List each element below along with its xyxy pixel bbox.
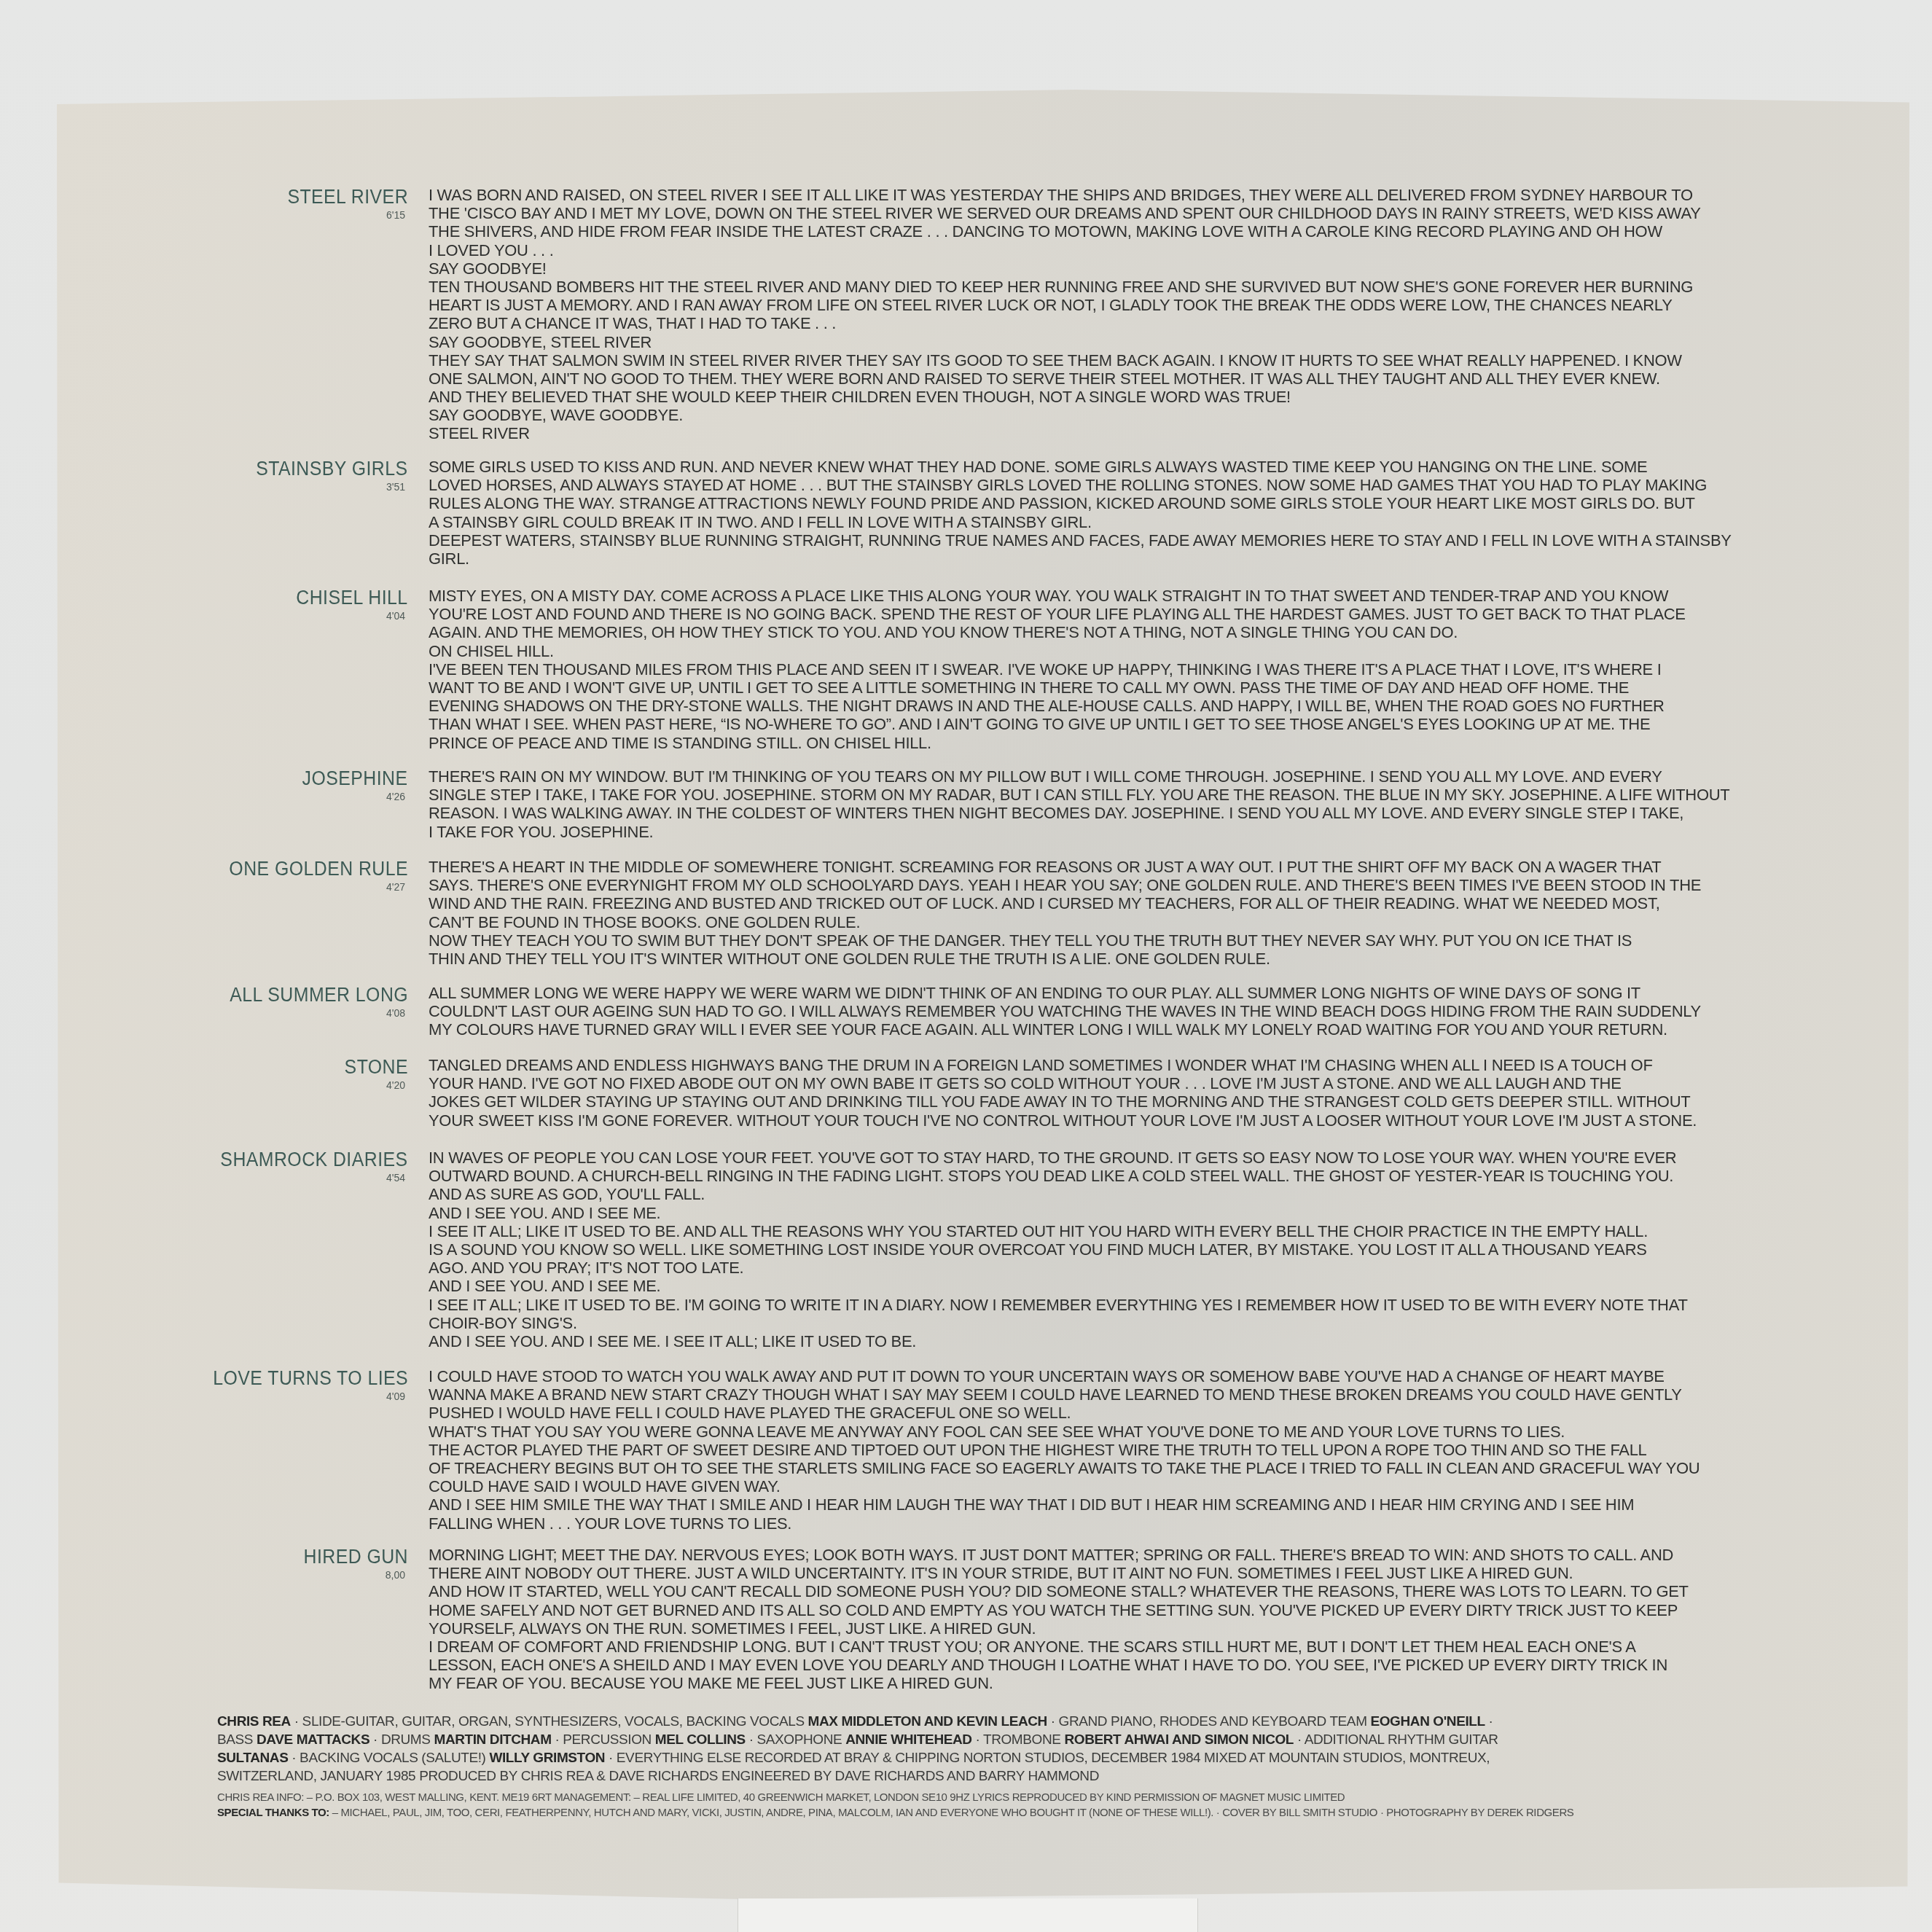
credit-role: · SAXOPHONE	[746, 1732, 845, 1748]
lyric-line: GIRL.	[429, 550, 1753, 568]
lyric-line: THERE'S A HEART IN THE MIDDLE OF SOMEWHE…	[429, 858, 1753, 876]
lyric-line: OF TREACHERY BEGINS BUT OH TO SEE THE ST…	[429, 1459, 1753, 1477]
lyric-line: JOKES GET WILDER STAYING UP STAYING OUT …	[429, 1092, 1753, 1111]
lyric-line: WANT TO BE AND I WON'T GIVE UP, UNTIL I …	[429, 678, 1753, 697]
credit-role: · GRAND PIANO, RHODES AND KEYBOARD TEAM	[1047, 1714, 1371, 1729]
lyric-line: OUTWARD BOUND. A CHURCH-BELL RINGING IN …	[429, 1167, 1753, 1185]
lyric-line: I LOVED YOU . . .	[429, 241, 1753, 259]
credits-line: BASS DAVE MATTACKS · DRUMS MARTIN DITCHA…	[217, 1731, 1755, 1749]
song-lyrics: TANGLED DREAMS AND ENDLESS HIGHWAYS BANG…	[429, 1056, 1755, 1130]
song-duration: 4'08	[386, 1007, 405, 1019]
song-duration: 4'26	[386, 791, 405, 802]
lyric-line: DEEPEST WATERS, STAINSBY BLUE RUNNING ST…	[429, 531, 1753, 550]
lyric-line: THE SHIVERS, AND HIDE FROM FEAR INSIDE T…	[429, 222, 1753, 240]
lyric-line: AGAIN. AND THE MEMORIES, OH HOW THEY STI…	[429, 623, 1753, 641]
song-duration: 3'51	[386, 481, 405, 493]
song-lyrics: THERE'S RAIN ON MY WINDOW. BUT I'M THINK…	[429, 767, 1755, 841]
lyric-line: SAYS. THERE'S ONE EVERYNIGHT FROM MY OLD…	[429, 876, 1753, 894]
lyric-line: I COULD HAVE STOOD TO WATCH YOU WALK AWA…	[429, 1367, 1753, 1385]
credits-info-line: CHRIS REA INFO: – P.O. BOX 103, WEST MAL…	[217, 1790, 1755, 1805]
lyric-line: HOME SAFELY AND NOT GET BURNED AND ITS A…	[429, 1601, 1753, 1619]
song-lyrics: MORNING LIGHT; MEET THE DAY. NERVOUS EYE…	[429, 1546, 1755, 1693]
song-duration: 4'09	[386, 1391, 405, 1402]
credits-thanks: SPECIAL THANKS TO: – MICHAEL, PAUL, JIM,…	[217, 1805, 1755, 1820]
lyric-line: AGO. AND YOU PRAY; IT'S NOT TOO LATE.	[429, 1259, 1753, 1277]
lyric-line: YOU'RE LOST AND FOUND AND THERE IS NO GO…	[429, 605, 1753, 623]
song-duration: 6'15	[386, 209, 405, 221]
lyric-line: CAN'T BE FOUND IN THOSE BOOKS. ONE GOLDE…	[429, 913, 1753, 931]
lyric-line: PRINCE OF PEACE AND TIME IS STANDING STI…	[429, 734, 1753, 752]
credit-name: MEL COLLINS	[655, 1732, 746, 1748]
lyric-line: EVENING SHADOWS ON THE DRY-STONE WALLS. …	[429, 697, 1753, 715]
song-title: STAINSBY GIRLS	[257, 458, 408, 480]
song-duration: 4'27	[386, 881, 405, 893]
lyric-line: LOVED HORSES, AND ALWAYS STAYED AT HOME …	[429, 476, 1753, 494]
credit-role: · EVERYTHING ELSE RECORDED AT BRAY & CHI…	[605, 1751, 1490, 1766]
lyric-line: AND THEY BELIEVED THAT SHE WOULD KEEP TH…	[429, 388, 1753, 406]
lyric-line: AND I SEE YOU. AND I SEE ME.	[429, 1277, 1753, 1295]
credit-name: ROBERT AHWAI AND SIMON NICOL	[1064, 1732, 1294, 1748]
credit-name: MAX MIDDLETON AND KEVIN LEACH	[808, 1714, 1047, 1729]
song-title: STEEL RIVER	[287, 186, 408, 208]
lyric-line: THE ACTOR PLAYED THE PART OF SWEET DESIR…	[429, 1441, 1753, 1459]
lyric-line: IN WAVES OF PEOPLE YOU CAN LOSE YOUR FEE…	[429, 1149, 1753, 1167]
credits-line: SWITZERLAND, JANUARY 1985 PRODUCED BY CH…	[217, 1767, 1755, 1786]
credit-role: · TROMBONE	[972, 1732, 1065, 1748]
credit-role: · DRUMS	[369, 1732, 434, 1748]
lyric-line: TANGLED DREAMS AND ENDLESS HIGHWAYS BANG…	[429, 1056, 1753, 1074]
lyric-line: PUSHED I WOULD HAVE FELL I COULD HAVE PL…	[429, 1404, 1753, 1422]
lyric-line: I WAS BORN AND RAISED, ON STEEL RIVER I …	[429, 186, 1753, 204]
lyric-line: WANNA MAKE A BRAND NEW START CRAZY THOUG…	[429, 1385, 1753, 1404]
song-title: CHISEL HILL	[297, 587, 408, 609]
song-title: HIRED GUN	[303, 1546, 408, 1568]
lyric-line: AND I SEE YOU. AND I SEE ME. I SEE IT AL…	[429, 1332, 1753, 1350]
credits-musicians: CHRIS REA · SLIDE-GUITAR, GUITAR, ORGAN,…	[217, 1713, 1755, 1786]
lyric-line: AND AS SURE AS GOD, YOU'LL FALL.	[429, 1185, 1753, 1203]
credit-role: · PERCUSSION	[552, 1732, 655, 1748]
song-duration: 8,00	[386, 1569, 405, 1581]
lyric-line: WHAT'S THAT YOU SAY YOU WERE GONNA LEAVE…	[429, 1423, 1753, 1441]
lyric-line: SOME GIRLS USED TO KISS AND RUN. AND NEV…	[429, 458, 1753, 476]
lyric-line: TEN THOUSAND BOMBERS HIT THE STEEL RIVER…	[429, 278, 1753, 296]
lyric-line: ONE SALMON, AIN'T NO GOOD TO THEM. THEY …	[429, 369, 1753, 388]
lyric-line: SAY GOODBYE, WAVE GOODBYE.	[429, 406, 1753, 424]
lyric-line: FALLING WHEN . . . YOUR LOVE TURNS TO LI…	[429, 1514, 1753, 1533]
lyric-line: COULD HAVE SAID I WOULD HAVE GIVEN WAY.	[429, 1477, 1753, 1495]
song-title: LOVE TURNS TO LIES	[213, 1367, 408, 1390]
song-duration: 4'04	[386, 610, 405, 622]
lyric-line: AND I SEE YOU. AND I SEE ME.	[429, 1204, 1753, 1222]
lyric-line: MISTY EYES, ON A MISTY DAY. COME ACROSS …	[429, 587, 1753, 605]
lyric-line: HEART IS JUST A MEMORY. AND I RAN AWAY F…	[429, 296, 1753, 314]
lyric-line: SINGLE STEP I TAKE, I TAKE FOR YOU. JOSE…	[429, 786, 1753, 804]
lyric-line: ON CHISEL HILL.	[429, 642, 1753, 660]
lyric-line: I SEE IT ALL; LIKE IT USED TO BE. AND AL…	[429, 1222, 1753, 1240]
song-lyrics: MISTY EYES, ON A MISTY DAY. COME ACROSS …	[429, 587, 1755, 752]
lyric-line: ALL SUMMER LONG WE WERE HAPPY WE WERE WA…	[429, 984, 1753, 1002]
credit-name: MARTIN DITCHAM	[434, 1732, 551, 1748]
sleeve-tab	[738, 1898, 1198, 1932]
credit-name: ANNIE WHITEHEAD	[845, 1732, 971, 1748]
credit-name: WILLY GRIMSTON	[489, 1751, 605, 1766]
song-title: STONE	[345, 1056, 408, 1079]
credit-role: ·	[1485, 1714, 1493, 1729]
credit-name: EOGHAN O'NEILL	[1370, 1714, 1485, 1729]
lyric-line: I'VE BEEN TEN THOUSAND MILES FROM THIS P…	[429, 660, 1753, 678]
lyric-line: SAY GOODBYE, STEEL RIVER	[429, 333, 1753, 351]
credits: CHRIS REA · SLIDE-GUITAR, GUITAR, ORGAN,…	[217, 1713, 1755, 1820]
song-title: ONE GOLDEN RULE	[229, 858, 408, 880]
thanks-label: SPECIAL THANKS TO:	[217, 1807, 329, 1819]
song-title: SHAMROCK DIARIES	[221, 1149, 408, 1171]
lyric-line: RULES ALONG THE WAY. STRANGE ATTRACTIONS…	[429, 494, 1753, 512]
lyric-line: WIND AND THE RAIN. FREEZING AND BUSTED A…	[429, 894, 1753, 912]
lyric-line: STEEL RIVER	[429, 424, 1753, 442]
lyric-line: LESSON, EACH ONE'S A SHEILD AND I MAY EV…	[429, 1656, 1753, 1674]
credit-name: DAVE MATTACKS	[257, 1732, 369, 1748]
lyric-line: A STAINSBY GIRL COULD BREAK IT IN TWO. A…	[429, 513, 1753, 531]
lyric-line: MY COLOURS HAVE TURNED GRAY WILL I EVER …	[429, 1020, 1753, 1039]
lyric-line: THAN WHAT I SEE. WHEN PAST HERE, “IS NO-…	[429, 715, 1753, 733]
song-lyrics: SOME GIRLS USED TO KISS AND RUN. AND NEV…	[429, 458, 1755, 568]
lyric-line: SAY GOODBYE!	[429, 259, 1753, 278]
credits-line: SULTANAS · BACKING VOCALS (SALUTE!) WILL…	[217, 1749, 1755, 1767]
lyric-line: I DREAM OF COMFORT AND FRIENDSHIP LONG. …	[429, 1638, 1753, 1656]
lyric-line: YOUR SWEET KISS I'M GONE FOREVER. WITHOU…	[429, 1111, 1753, 1130]
lyric-line: CHOIR-BOY SING'S.	[429, 1314, 1753, 1332]
lyric-line: THEY SAY THAT SALMON SWIM IN STEEL RIVER…	[429, 351, 1753, 369]
lyric-line: THERE AINT NOBODY OUT THERE. JUST A WILD…	[429, 1564, 1753, 1582]
thanks-text: – MICHAEL, PAUL, JIM, TOO, CERI, FEATHER…	[329, 1807, 1574, 1819]
song-duration: 4'54	[386, 1172, 405, 1184]
song-lyrics: I COULD HAVE STOOD TO WATCH YOU WALK AWA…	[429, 1367, 1755, 1533]
song-title: ALL SUMMER LONG	[230, 984, 408, 1006]
credit-role: · BACKING VOCALS (SALUTE!)	[288, 1751, 489, 1766]
song-lyrics: THERE'S A HEART IN THE MIDDLE OF SOMEWHE…	[429, 858, 1755, 968]
lyric-line: MORNING LIGHT; MEET THE DAY. NERVOUS EYE…	[429, 1546, 1753, 1564]
lyric-line: NOW THEY TEACH YOU TO SWIM BUT THEY DON'…	[429, 931, 1753, 950]
song-title: JOSEPHINE	[302, 767, 408, 790]
lyric-line: REASON. I WAS WALKING AWAY. IN THE COLDE…	[429, 804, 1753, 822]
lyric-line: AND HOW IT STARTED, WELL YOU CAN'T RECAL…	[429, 1582, 1753, 1600]
lyric-line: THE 'CISCO BAY AND I MET MY LOVE, DOWN O…	[429, 204, 1753, 222]
song-lyrics: ALL SUMMER LONG WE WERE HAPPY WE WERE WA…	[429, 984, 1755, 1039]
lyric-line: COULDN'T LAST OUR AGEING SUN HAD TO GO. …	[429, 1002, 1753, 1020]
song-lyrics: IN WAVES OF PEOPLE YOU CAN LOSE YOUR FEE…	[429, 1149, 1755, 1350]
lyric-line: THIN AND THEY TELL YOU IT'S WINTER WITHO…	[429, 950, 1753, 968]
lyric-line: I SEE IT ALL; LIKE IT USED TO BE. I'M GO…	[429, 1296, 1753, 1314]
lyric-line: YOUR HAND. I'VE GOT NO FIXED ABODE OUT O…	[429, 1074, 1753, 1092]
lyric-line: THERE'S RAIN ON MY WINDOW. BUT I'M THINK…	[429, 767, 1753, 786]
credit-role: BASS	[217, 1732, 257, 1748]
credit-name: CHRIS REA	[217, 1714, 291, 1729]
lyric-line: IS A SOUND YOU KNOW SO WELL. LIKE SOMETH…	[429, 1240, 1753, 1259]
lyric-line: I TAKE FOR YOU. JOSEPHINE.	[429, 823, 1753, 841]
credit-role: SWITZERLAND, JANUARY 1985 PRODUCED BY CH…	[217, 1769, 1099, 1784]
credit-role: · SLIDE-GUITAR, GUITAR, ORGAN, SYNTHESIZ…	[291, 1714, 808, 1729]
song-duration: 4'20	[386, 1079, 405, 1091]
credit-name: SULTANAS	[217, 1751, 288, 1766]
lyric-line: YOURSELF, ALWAYS ON THE RUN. SOMETIMES I…	[429, 1619, 1753, 1638]
song-lyrics: I WAS BORN AND RAISED, ON STEEL RIVER I …	[429, 186, 1755, 443]
credits-line: CHRIS REA · SLIDE-GUITAR, GUITAR, ORGAN,…	[217, 1713, 1755, 1731]
credit-role: · ADDITIONAL RHYTHM GUITAR	[1294, 1732, 1498, 1748]
lyric-line: AND I SEE HIM SMILE THE WAY THAT I SMILE…	[429, 1495, 1753, 1514]
lyric-line: MY FEAR OF YOU. BECAUSE YOU MAKE ME FEEL…	[429, 1674, 1753, 1692]
lyric-line: ZERO BUT A CHANCE IT WAS, THAT I HAD TO …	[429, 314, 1753, 332]
